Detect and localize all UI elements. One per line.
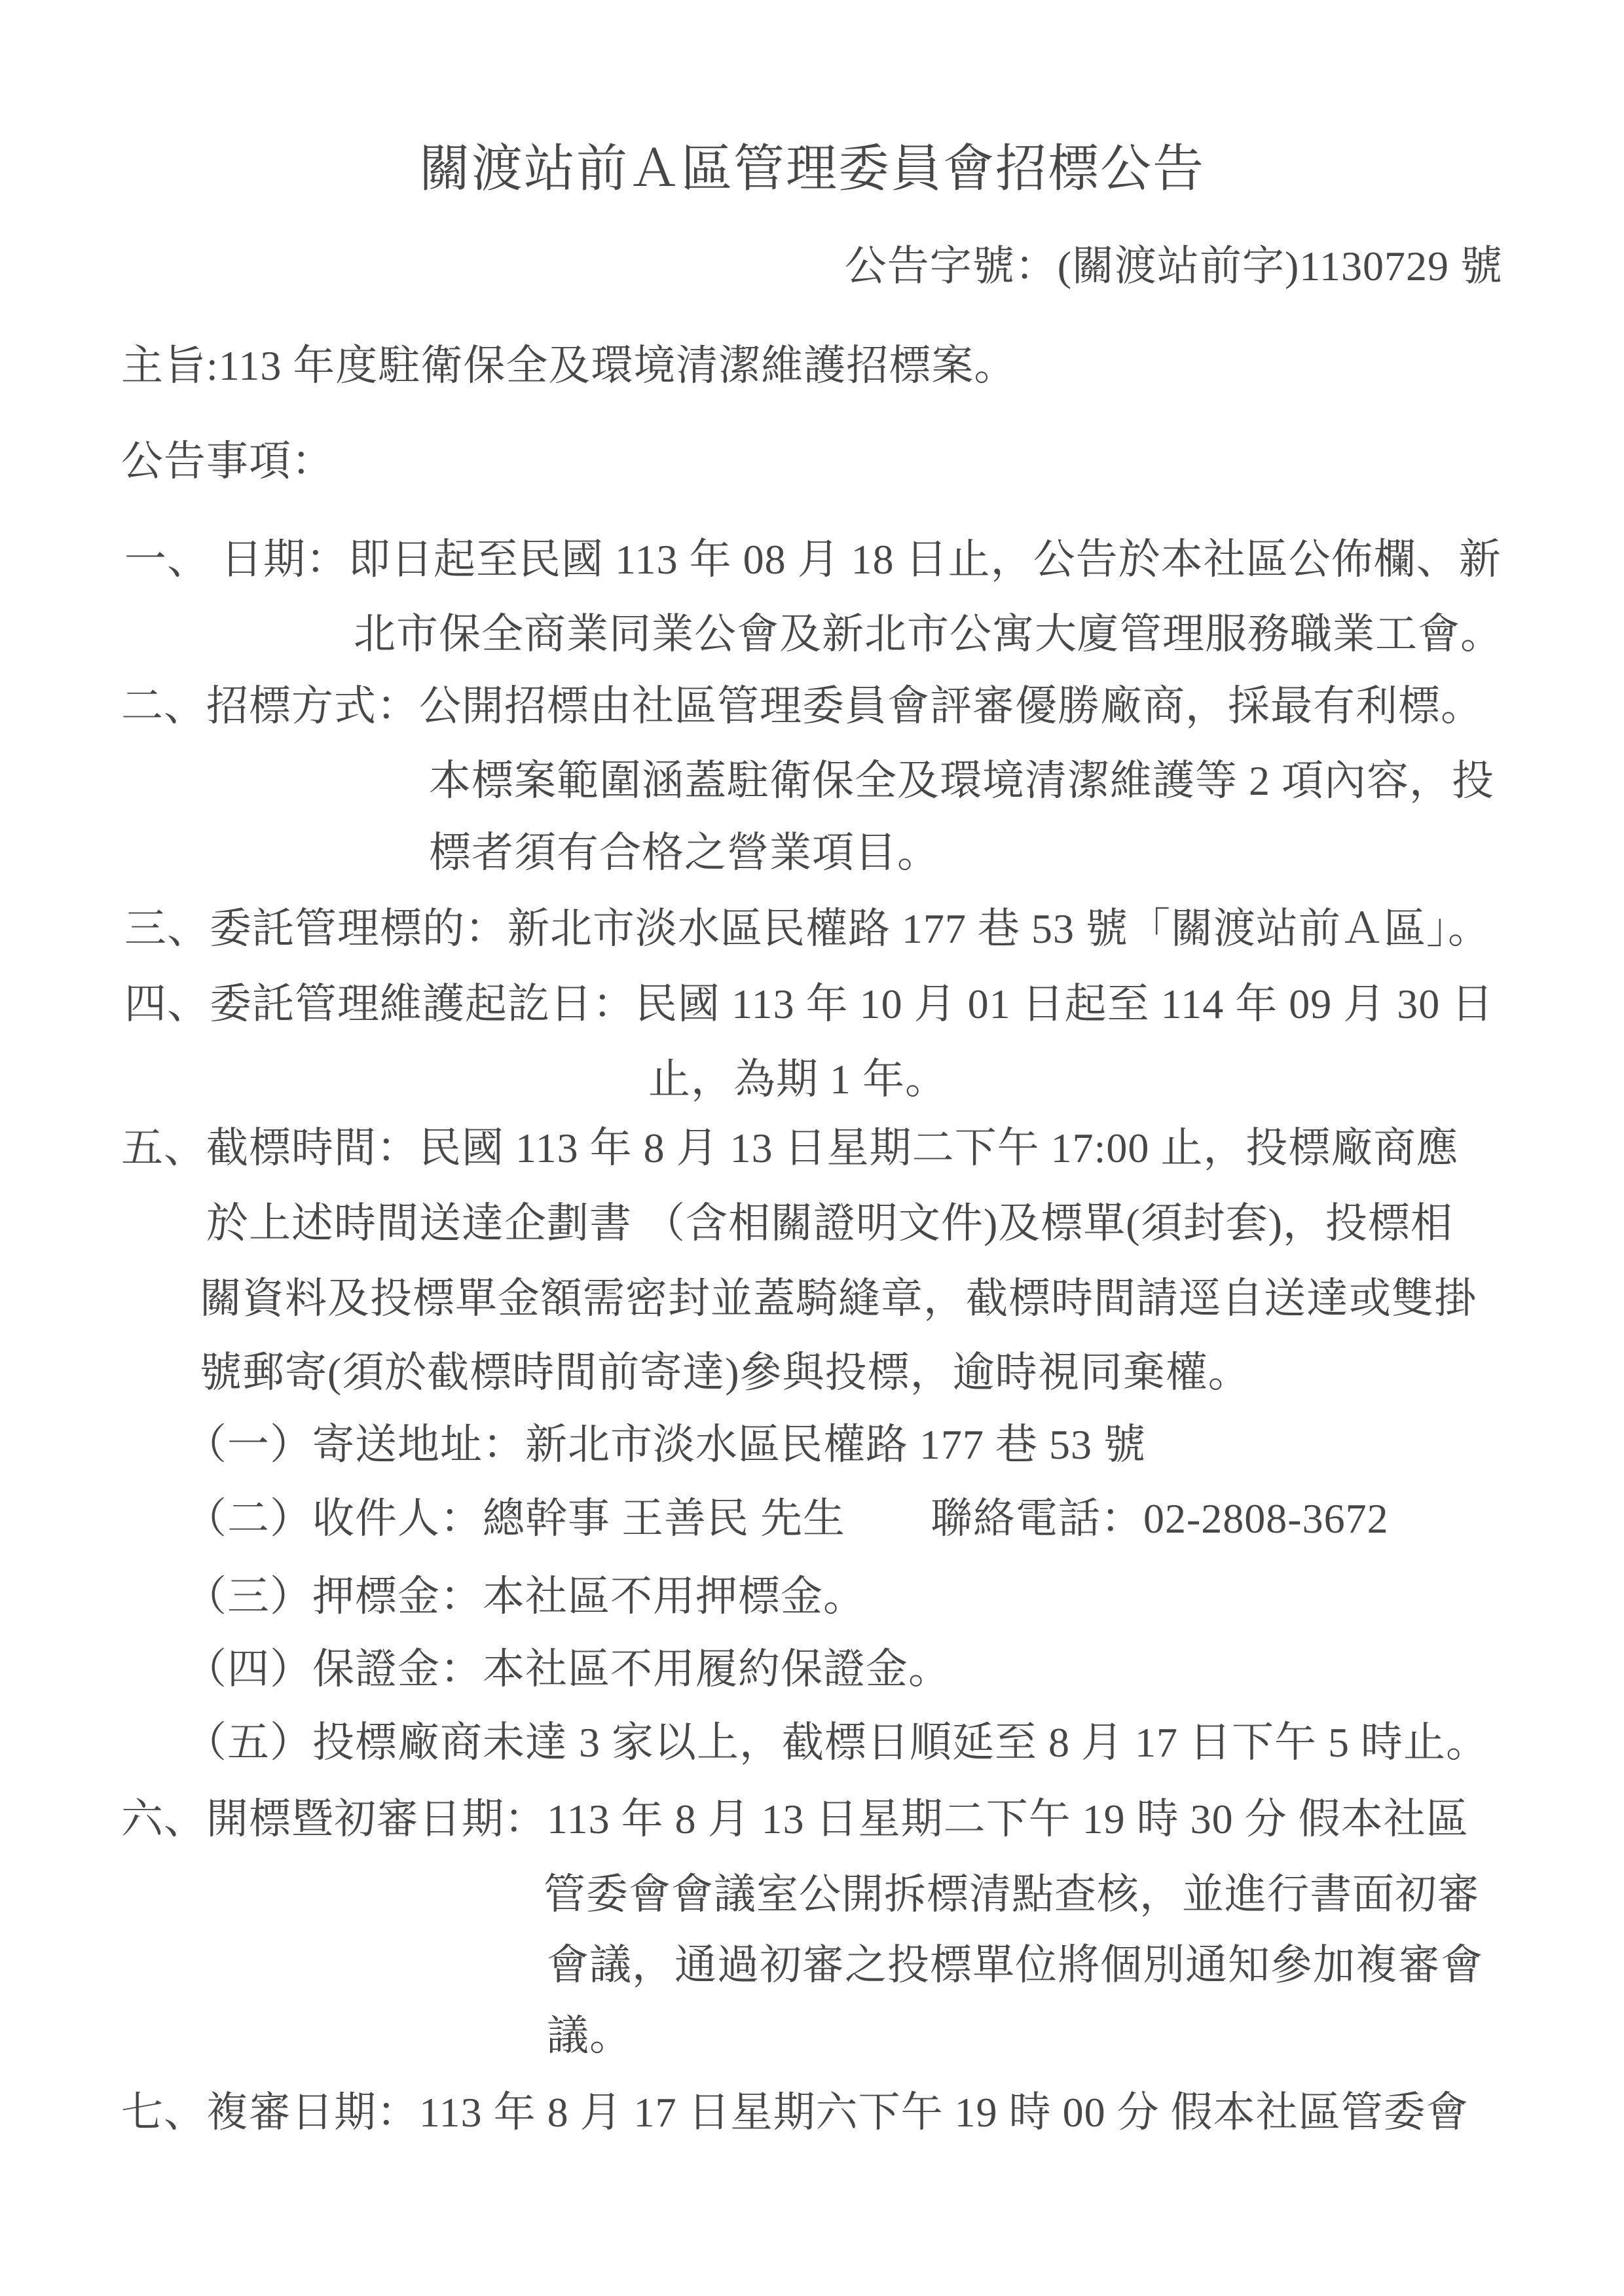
doc-line-item-5-line-3: 關資料及投標單金額需密封並蓋騎縫章，截標時間請逕自送達或雙掛 (200, 1275, 1477, 1323)
doc-line-item-2-line-2: 本標案範圍涵蓋駐衛保全及環境清潔維護等 2 項內容，投 (429, 757, 1494, 805)
doc-line-item-5-sub-1: （一）寄送地址：新北市淡水區民權路 177 巷 53 號 (185, 1421, 1146, 1469)
doc-line-item-7: 七、複審日期：113 年 8 月 17 日星期六下午 19 時 00 分 假本社… (121, 2088, 1469, 2137)
doc-line-item-5-sub-3: （三）押標金：本社區不用押標金。 (185, 1573, 866, 1621)
doc-line-doc-number: 公告字號：(關渡站前字)1130729 號 (845, 242, 1503, 291)
doc-line-subject: 主旨:113 年度駐衛保全及環境清潔維護招標案。 (121, 342, 1016, 390)
doc-line-item-4-line-1: 四、委託管理維護起訖日：民國 113 年 10 月 01 日起至 114 年 0… (124, 980, 1494, 1029)
doc-line-item-3: 三、委託管理標的：新北市淡水區民權路 177 巷 53 號「關渡站前Ａ區」。 (124, 905, 1490, 953)
doc-line-item-5-sub-5: （五）投標廠商未達 3 家以上，截標日順延至 8 月 17 日下午 5 時止。 (185, 1719, 1488, 1767)
doc-line-title: 關渡站前Ａ區管理委員會招標公告 (0, 139, 1624, 198)
doc-line-item-5-line-4: 號郵寄(須於截標時間前寄達)參與投標，逾時視同棄權。 (200, 1349, 1251, 1397)
doc-line-item-6-line-2: 管委會會議室公開拆標清點查核，並進行書面初審 (544, 1870, 1480, 1919)
doc-line-item-2-line-1: 二、招標方式：公開招標由社區管理委員會評審優勝廠商，採最有利標。 (121, 682, 1483, 731)
doc-line-item-5-line-2: 於上述時間送達企劃書 （含相關證明文件)及標單(須封套)，投標相 (206, 1199, 1453, 1248)
doc-line-item-6-line-1: 六、開標暨初審日期：113 年 8 月 13 日星期二下午 19 時 30 分 … (121, 1795, 1469, 1844)
doc-line-item-2-line-3: 標者須有合格之營業項目。 (429, 829, 940, 877)
doc-line-item-1-line-2: 北市保全商業同業公會及新北市公寓大廈管理服務職業工會。 (354, 610, 1503, 659)
doc-line-item-6-line-3: 會議，通過初審之投標單位將個別通知參加複審會 (547, 1941, 1483, 1990)
doc-line-item-6-line-4: 議。 (547, 2012, 632, 2060)
doc-line-announcement-header: 公告事項： (121, 437, 334, 486)
tender-announcement-page: 關渡站前Ａ區管理委員會招標公告公告字號：(關渡站前字)1130729 號主旨:1… (0, 0, 1624, 2296)
doc-line-item-5-line-1: 五、截標時間：民國 113 年 8 月 13 日星期二下午 17:00 止，投標… (121, 1124, 1458, 1173)
doc-line-item-4-line-2: 止，為期 1 年。 (648, 1055, 948, 1104)
doc-line-item-1-line-1: 一、 日期：即日起至民國 113 年 08 月 18 日止，公告於本社區公佈欄、… (124, 536, 1502, 584)
doc-line-item-5-sub-2: （二）收件人：總幹事 王善民 先生 聯絡電話：02-2808-3672 (185, 1495, 1389, 1543)
doc-line-item-5-sub-4: （四）保證金：本社區不用履約保證金。 (185, 1645, 951, 1694)
